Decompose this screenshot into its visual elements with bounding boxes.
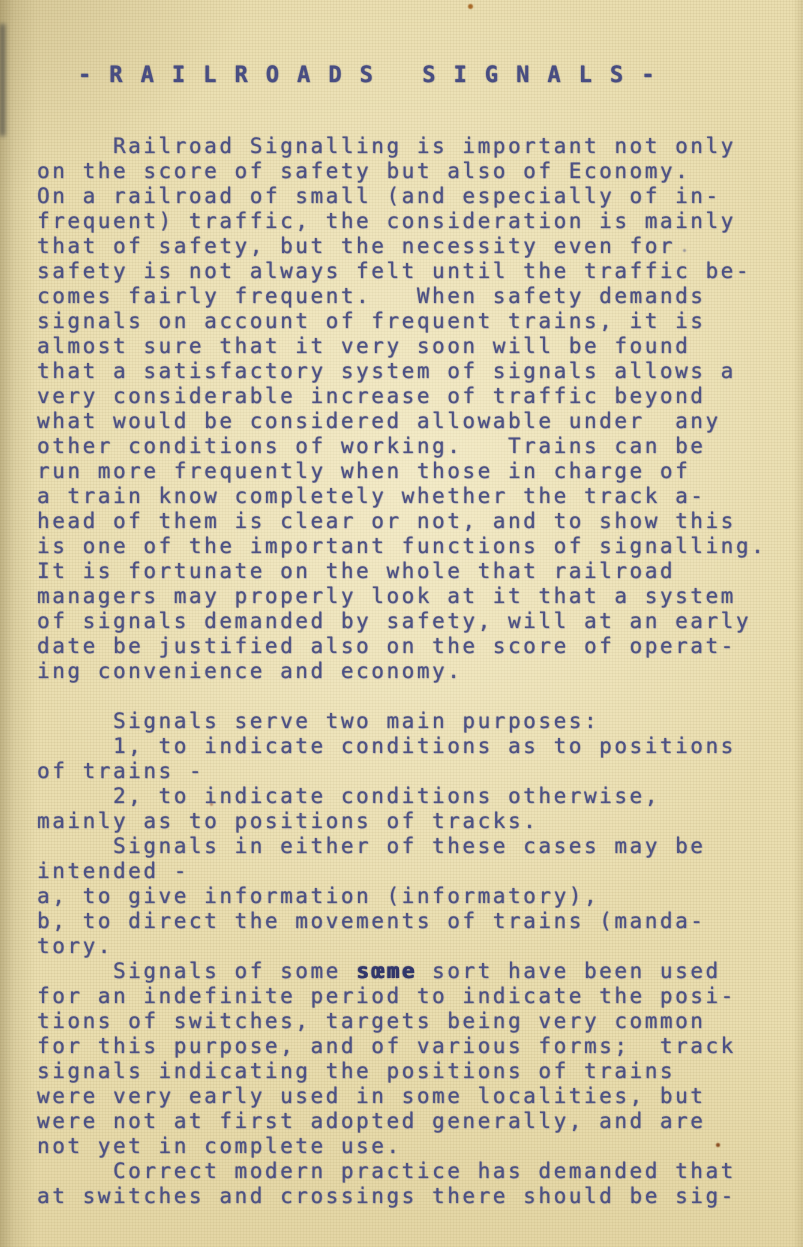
text-line: ing convenience and economy. (37, 659, 797, 684)
text-line: safety is not always felt until the traf… (37, 259, 797, 284)
text-line: signals indicating the positions of trai… (37, 1059, 797, 1084)
text-line: Railroad Signalling is important not onl… (37, 134, 797, 159)
text-line: for this purpose, and of various forms; … (37, 1034, 797, 1059)
paper-speck (210, 803, 213, 806)
text-line: Correct modern practice has demanded tha… (37, 1159, 797, 1184)
text-line: of trains - (37, 759, 797, 784)
text-line: Signals serve two main purposes: (37, 709, 797, 734)
document-page: - R A I L R O A D S S I G N A L S - Rail… (0, 0, 803, 1247)
text-line: very considerable increase of traffic be… (37, 384, 797, 409)
text-line: at switches and crossings there should b… (37, 1184, 797, 1209)
text-line: Signals in either of these cases may be (37, 834, 797, 859)
text-line: managers may properly look at it that a … (37, 584, 797, 609)
text-line: On a railroad of small (and especially o… (37, 184, 797, 209)
text-line: 2, to indicate conditions otherwise, (37, 784, 797, 809)
text-line: is one of the important functions of sig… (37, 534, 797, 559)
text-line: signals on account of frequent trains, i… (37, 309, 797, 334)
document-title: - R A I L R O A D S S I G N A L S - (78, 62, 657, 90)
text-line: were very early used in some localities,… (37, 1084, 797, 1109)
text-segment: sort have been used (417, 959, 721, 983)
text-line: of signals demanded by safety, will at a… (37, 609, 797, 634)
text-line: head of them is clear or not, and to sho… (37, 509, 797, 534)
text-line: that a satisfactory system of signals al… (37, 359, 797, 384)
text-line: a, to give information (informatory), (37, 884, 797, 909)
text-line: what would be considered allowable under… (37, 409, 797, 434)
text-line: were not at first adopted generally, and… (37, 1109, 797, 1134)
text-line: almost sure that it very soon will be fo… (37, 334, 797, 359)
text-line: run more frequently when those in charge… (37, 459, 797, 484)
paper-speck (683, 249, 686, 252)
text-line: It is fortunate on the whole that railro… (37, 559, 797, 584)
text-line: date be justified also on the score of o… (37, 634, 797, 659)
text-line: tions of switches, targets being very co… (37, 1009, 797, 1034)
paper-edge-shadow (0, 24, 5, 136)
text-line: 1, to indicate conditions as to position… (37, 734, 797, 759)
overstruck-word: sœme (356, 959, 417, 983)
text-line-overstrike: Signals of some sœme sort have been used (37, 959, 797, 984)
text-line: comes fairly frequent. When safety deman… (37, 284, 797, 309)
paper-speck (468, 4, 473, 9)
text-line-blank (37, 684, 797, 709)
text-segment: Signals of some (37, 959, 356, 983)
text-line: mainly as to positions of tracks. (37, 809, 797, 834)
paper-speck (716, 1143, 720, 1147)
document-body: Railroad Signalling is important not onl… (37, 134, 797, 1209)
text-line: intended - (37, 859, 797, 884)
text-line: that of safety, but the necessity even f… (37, 234, 797, 259)
text-line: tory. (37, 934, 797, 959)
text-line: b, to direct the movements of trains (ma… (37, 909, 797, 934)
text-line: for an indefinite period to indicate the… (37, 984, 797, 1009)
text-line: other conditions of working. Trains can … (37, 434, 797, 459)
text-line: frequent) traffic, the consideration is … (37, 209, 797, 234)
text-line: a train know completely whether the trac… (37, 484, 797, 509)
text-line: on the score of safety but also of Econo… (37, 159, 797, 184)
text-line: not yet in complete use. (37, 1134, 797, 1159)
